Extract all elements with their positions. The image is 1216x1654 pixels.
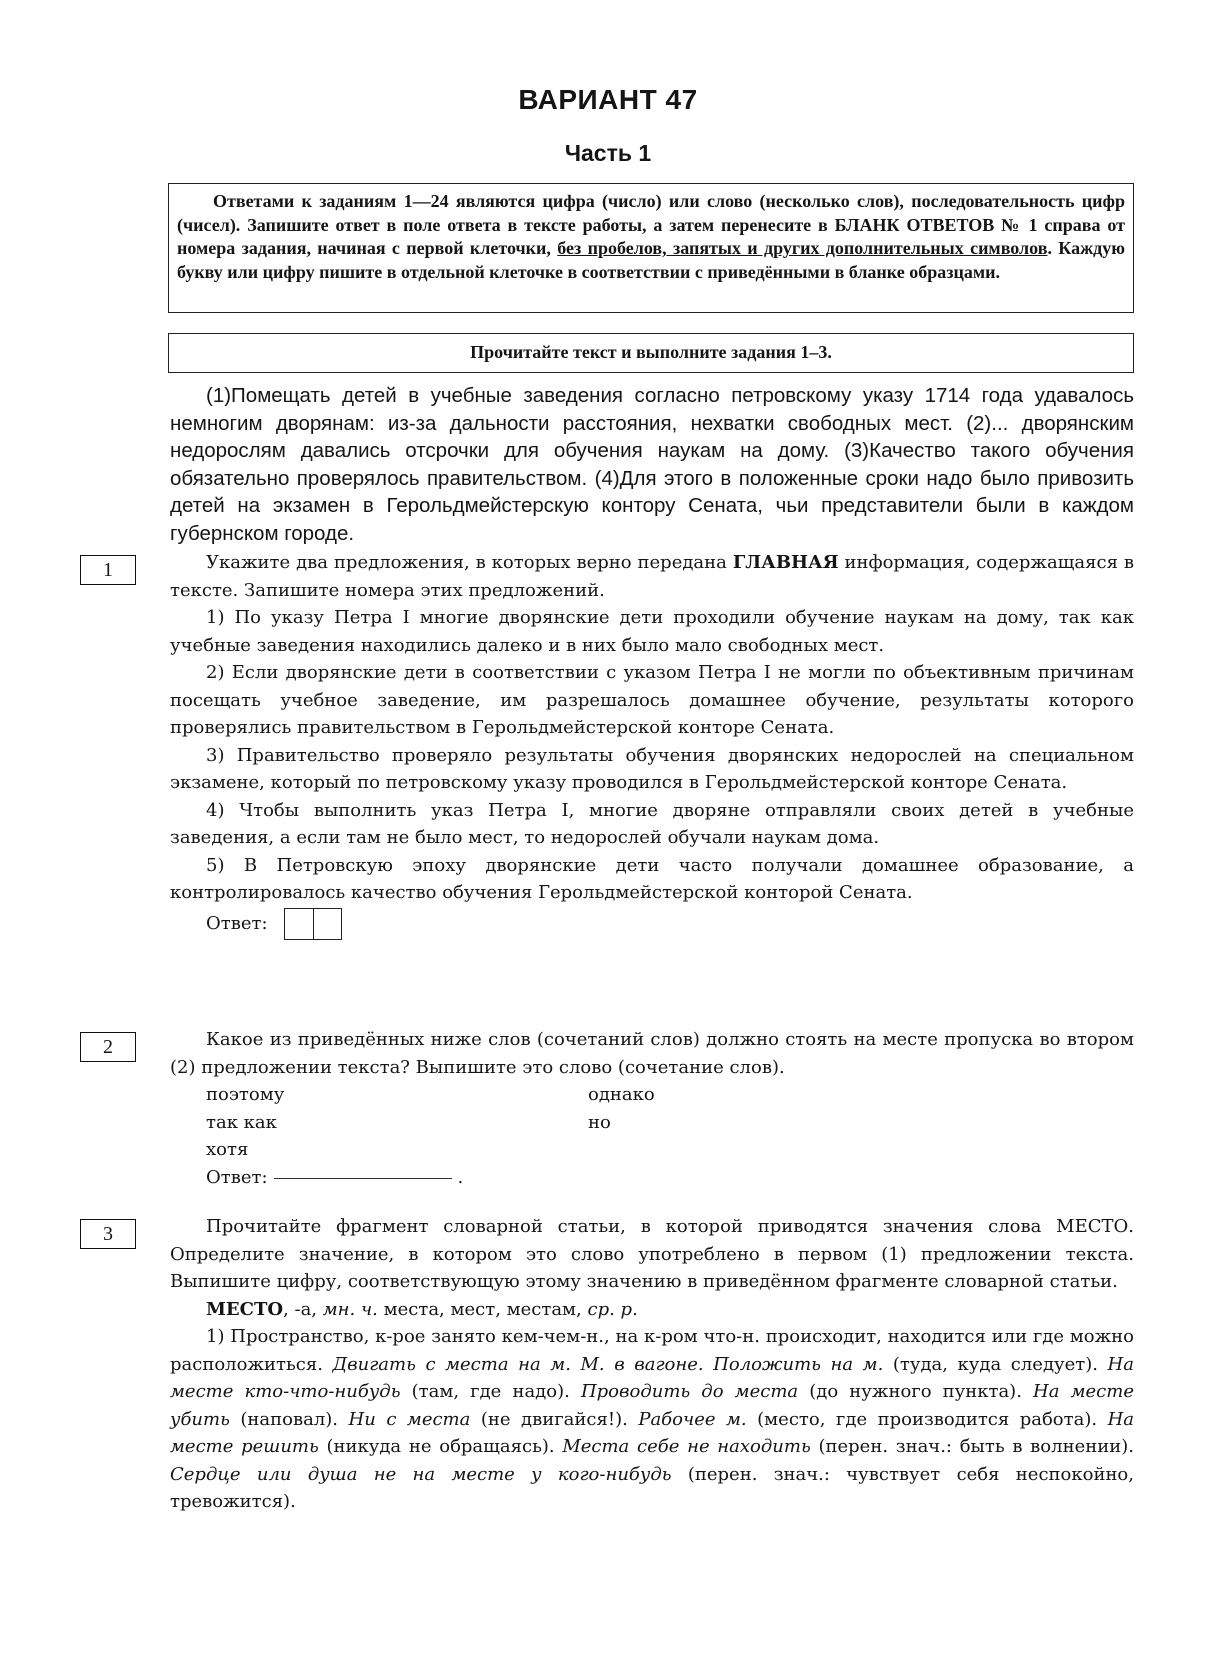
definition-text: (наповал). xyxy=(230,1409,349,1430)
instructions-underlined: без пробелов, запятых и других дополните… xyxy=(557,238,1047,258)
task-2-word-options: поэтому однако так как но хотя xyxy=(170,1081,1134,1164)
task-2-answer-field[interactable] xyxy=(274,1178,452,1179)
reading-passage: (1)Помещать детей в учебные заведения со… xyxy=(170,382,1134,547)
task-1-option: 4) Чтобы выполнить указ Петра I, многие … xyxy=(170,797,1134,852)
definition-text: (там, где надо). xyxy=(401,1381,581,1402)
task-1-option: 2) Если дворянские дети в соответствии с… xyxy=(170,659,1134,742)
part-title: Часть 1 xyxy=(0,140,1216,167)
task-number-3: 3 xyxy=(80,1219,136,1249)
answer-cell[interactable] xyxy=(285,909,313,939)
task-2: Какое из приведённых ниже слов (сочетани… xyxy=(170,1026,1134,1191)
task-1-prompt-bold: ГЛАВНАЯ xyxy=(733,552,839,573)
instructions-text: Ответами к заданиям 1—24 являются цифра … xyxy=(177,190,1125,284)
definition-text: (не двигайся!). xyxy=(470,1409,638,1430)
entry-forms: , -а, xyxy=(283,1299,323,1320)
definition-text: (место, где производится работа). xyxy=(747,1409,1108,1430)
task-1-answer-row: Ответ: xyxy=(170,907,1134,941)
variant-title: ВАРИАНТ 47 xyxy=(0,84,1216,116)
task-1-option: 3) Правительство проверяло результаты об… xyxy=(170,742,1134,797)
read-prompt-box: Прочитайте текст и выполните задания 1–3… xyxy=(168,333,1134,373)
word-option: однако xyxy=(588,1081,888,1109)
definition-text: (перен. знач.: быть в волнении). xyxy=(811,1436,1134,1457)
entry-grammar: мн. ч. xyxy=(323,1299,378,1320)
word-option: так как xyxy=(206,1109,588,1137)
dictionary-definition-1: 1) Пространство, к-рое занято кем-чем-н.… xyxy=(170,1323,1134,1516)
task-1-answer-label: Ответ: xyxy=(206,910,268,938)
entry-grammar: ср. р. xyxy=(588,1299,638,1320)
word-option: поэтому xyxy=(206,1081,588,1109)
answer-cell[interactable] xyxy=(313,909,341,939)
instructions-box: Ответами к заданиям 1—24 являются цифра … xyxy=(168,183,1134,313)
task-1-prompt: Укажите два предложения, в которых верно… xyxy=(170,549,1134,604)
entry-word: МЕСТО xyxy=(206,1299,283,1320)
word-option: но xyxy=(588,1109,888,1137)
task-2-answer-label: Ответ: xyxy=(206,1167,268,1188)
task-1: Укажите два предложения, в которых верно… xyxy=(170,549,1134,941)
task-1-option: 5) В Петровскую эпоху дворянские дети ча… xyxy=(170,852,1134,907)
definition-text: (никуда не обращаясь). xyxy=(319,1436,563,1457)
task-2-prompt: Какое из приведённых ниже слов (сочетани… xyxy=(170,1026,1134,1081)
usage-example: Ни с места xyxy=(349,1409,471,1430)
usage-example: Рабочее м. xyxy=(638,1409,746,1430)
word-option-empty xyxy=(588,1136,888,1164)
usage-example: Двигать с места на м. М. в вагоне. Полож… xyxy=(332,1354,883,1375)
task-number-1: 1 xyxy=(80,555,136,585)
task-number-2: 2 xyxy=(80,1032,136,1062)
usage-example: Сердце или душа не на месте у кого-нибуд… xyxy=(170,1464,672,1485)
task-3: Прочитайте фрагмент словарной статьи, в … xyxy=(170,1213,1134,1516)
task-1-option: 1) По указу Петра I многие дворянские де… xyxy=(170,604,1134,659)
definition-text: (туда, куда следует). xyxy=(883,1354,1107,1375)
task-2-answer-end: . xyxy=(458,1167,464,1188)
definition-text: (до нужного пункта). xyxy=(798,1381,1033,1402)
task-1-prompt-start: Укажите два предложения, в которых верно… xyxy=(206,552,733,573)
task-1-answer-field[interactable] xyxy=(284,908,342,940)
passage-text: (1)Помещать детей в учебные заведения со… xyxy=(170,382,1134,547)
word-option: хотя xyxy=(206,1136,588,1164)
usage-example: Проводить до места xyxy=(581,1381,798,1402)
read-prompt: Прочитайте текст и выполните задания 1–3… xyxy=(470,342,832,362)
usage-example: Места себе не находить xyxy=(562,1436,810,1457)
task-2-answer-row: Ответ:. xyxy=(170,1164,1134,1192)
entry-forms: места, мест, местам, xyxy=(378,1299,588,1320)
dictionary-entry-head: МЕСТО, -а, мн. ч. места, мест, местам, с… xyxy=(170,1296,1134,1324)
task-3-prompt: Прочитайте фрагмент словарной статьи, в … xyxy=(170,1213,1134,1296)
